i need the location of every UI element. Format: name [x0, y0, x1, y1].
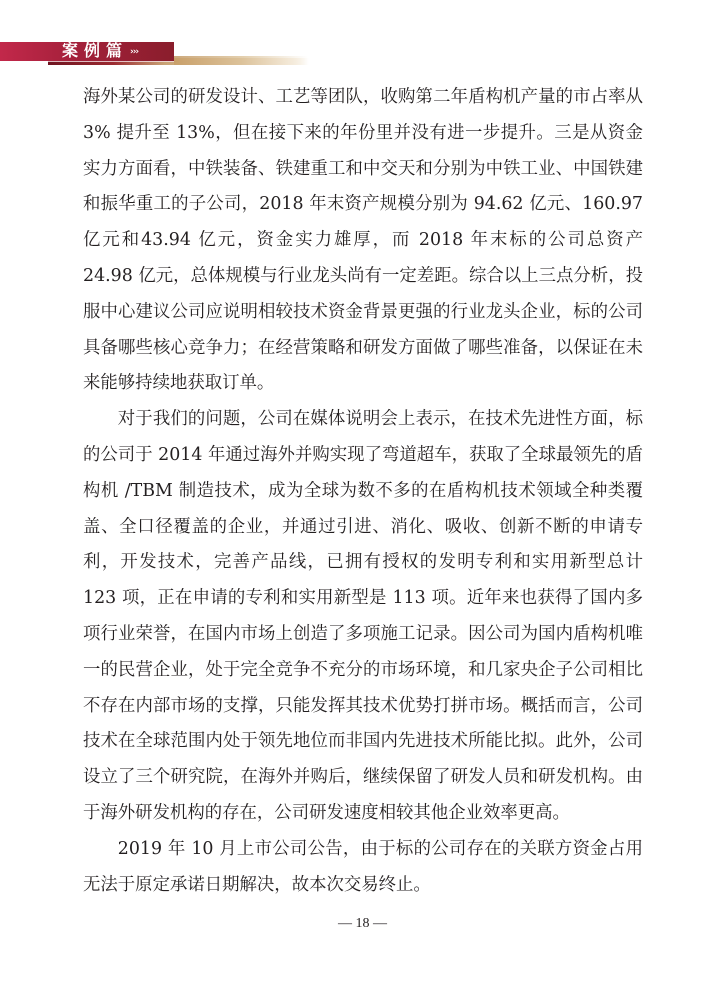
banner-red-bar: 案例篇 ›››	[0, 42, 174, 61]
banner-gold-gradient	[174, 58, 309, 65]
page-number: — 18 —	[0, 916, 725, 932]
chevrons-right-icon: ›››	[130, 43, 138, 61]
banner-divider-line	[48, 61, 174, 62]
paragraph: 2019 年 10 月上市公司公告，由于标的公司存在的关联方资金占用无法于原定承…	[83, 832, 643, 904]
section-header-banner: 案例篇 ›››	[0, 42, 725, 68]
paragraph: 对于我们的问题，公司在媒体说明会上表示，在技术先进性方面，标的公司于 2014 …	[83, 402, 643, 832]
paragraph: 海外某公司的研发设计、工艺等团队，收购第二年盾构机产量的市占率从3% 提升至 1…	[83, 80, 643, 402]
section-title: 案例篇	[62, 40, 128, 62]
page-body: 海外某公司的研发设计、工艺等团队，收购第二年盾构机产量的市占率从3% 提升至 1…	[83, 80, 643, 903]
